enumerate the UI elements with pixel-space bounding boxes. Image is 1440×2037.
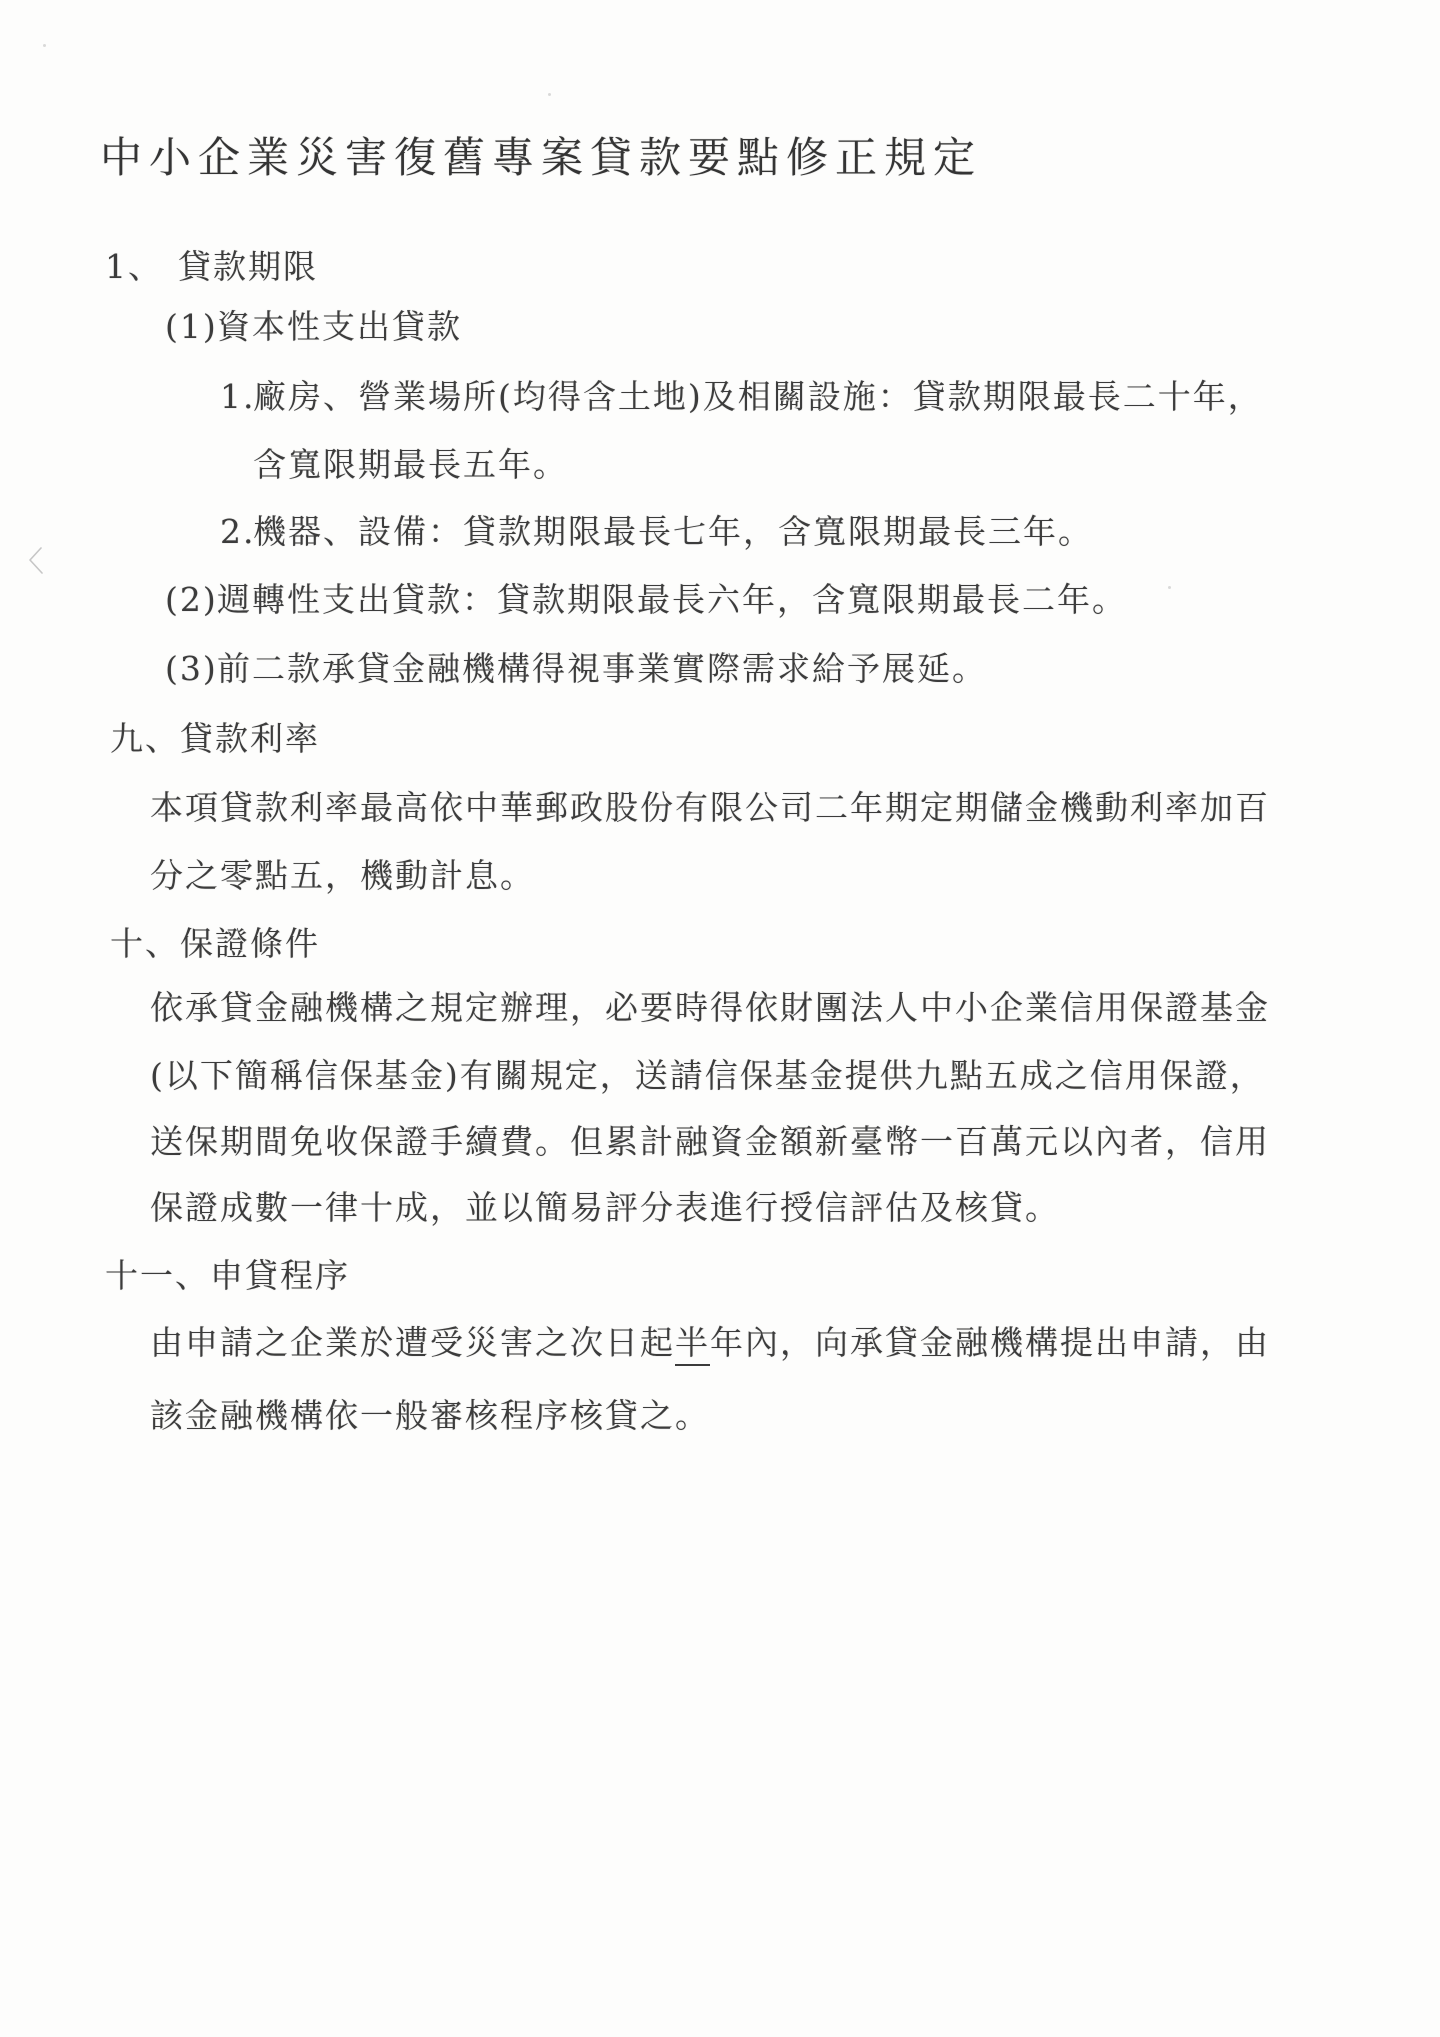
section-1-number: 1、 xyxy=(105,248,178,286)
scanned-document-page: 中小企業災害復舊專案貸款要點修正規定 1、貸款期限 (1)資本性支出貸款 1.廠… xyxy=(0,0,1440,2037)
section-11-line-1-pre: 由申請之企業於遭受災害之次日起 xyxy=(150,1323,675,1362)
item-2-text: 週轉性支出貸款：貸款期限最長六年，含寬限期最長二年。 xyxy=(217,580,1127,619)
scan-speck xyxy=(548,93,551,96)
section-11-line-1-post: 年內，向承貸金融機構提出申請，由 xyxy=(710,1323,1270,1362)
section-9-heading: 九、貸款利率 xyxy=(110,720,320,758)
section-10-body-line-2: (以下簡稱信保基金)有關規定，送請信保基金提供九點五成之信用保證， xyxy=(150,1057,1265,1095)
pen-mark xyxy=(26,546,46,580)
item-1-line: (1)資本性支出貸款 xyxy=(165,308,462,346)
scan-speck xyxy=(43,44,46,47)
subitem-1-line-1: 1.廠房、營業場所(均得含土地)及相關設施：貸款期限最長二十年， xyxy=(220,378,1263,416)
item-3-line: (3)前二款承貸金融機構得視事業實際需求給予展延。 xyxy=(165,650,987,688)
section-1-title: 貸款期限 xyxy=(178,247,318,286)
item-1-marker: (1) xyxy=(165,308,217,346)
subitem-1-line-2: 含寬限期最長五年。 xyxy=(253,446,568,484)
section-10-body-line-1: 依承貸金融機構之規定辦理，必要時得依財團法人中小企業信用保證基金 xyxy=(150,989,1270,1027)
section-1-heading: 1、貸款期限 xyxy=(105,248,318,286)
item-3-marker: (3) xyxy=(165,650,217,688)
section-9-body-line-1: 本項貸款利率最高依中華郵政股份有限公司二年期定期儲金機動利率加百 xyxy=(150,789,1270,827)
section-10-body-line-3: 送保期間免收保證手續費。但累計融資金額新臺幣一百萬元以內者，信用 xyxy=(150,1123,1270,1161)
subitem-2-line: 2.機器、設備：貸款期限最長七年，含寬限期最長三年。 xyxy=(220,513,1093,551)
section-9-body-line-2: 分之零點五，機動計息。 xyxy=(150,857,535,895)
section-11-body-line-2: 該金融機構依一般審核程序核貸之。 xyxy=(150,1397,710,1435)
document-title: 中小企業災害復舊專案貸款要點修正規定 xyxy=(100,133,982,183)
section-11-body-line-1: 由申請之企業於遭受災害之次日起半年內，向承貸金融機構提出申請，由 xyxy=(150,1324,1270,1362)
section-10-body-line-4: 保證成數一律十成，並以簡易評分表進行授信評估及核貸。 xyxy=(150,1189,1060,1227)
item-2-line: (2)週轉性支出貸款：貸款期限最長六年，含寬限期最長二年。 xyxy=(165,581,1127,619)
subitem-1-text: 廠房、營業場所(均得含土地)及相關設施：貸款期限最長二十年， xyxy=(253,377,1263,416)
section-11-heading: 十一、申貸程序 xyxy=(105,1257,350,1295)
item-2-marker: (2) xyxy=(165,581,217,619)
section-11-line-1-underlined: 半 xyxy=(675,1323,710,1366)
subitem-1-marker: 1. xyxy=(220,378,253,416)
item-3-text: 前二款承貸金融機構得視事業實際需求給予展延。 xyxy=(217,649,987,688)
subitem-2-text: 機器、設備：貸款期限最長七年，含寬限期最長三年。 xyxy=(253,512,1093,551)
scan-speck xyxy=(1168,586,1171,589)
section-10-heading: 十、保證條件 xyxy=(110,925,320,963)
subitem-2-marker: 2. xyxy=(220,513,253,551)
item-1-text: 資本性支出貸款 xyxy=(217,307,462,346)
